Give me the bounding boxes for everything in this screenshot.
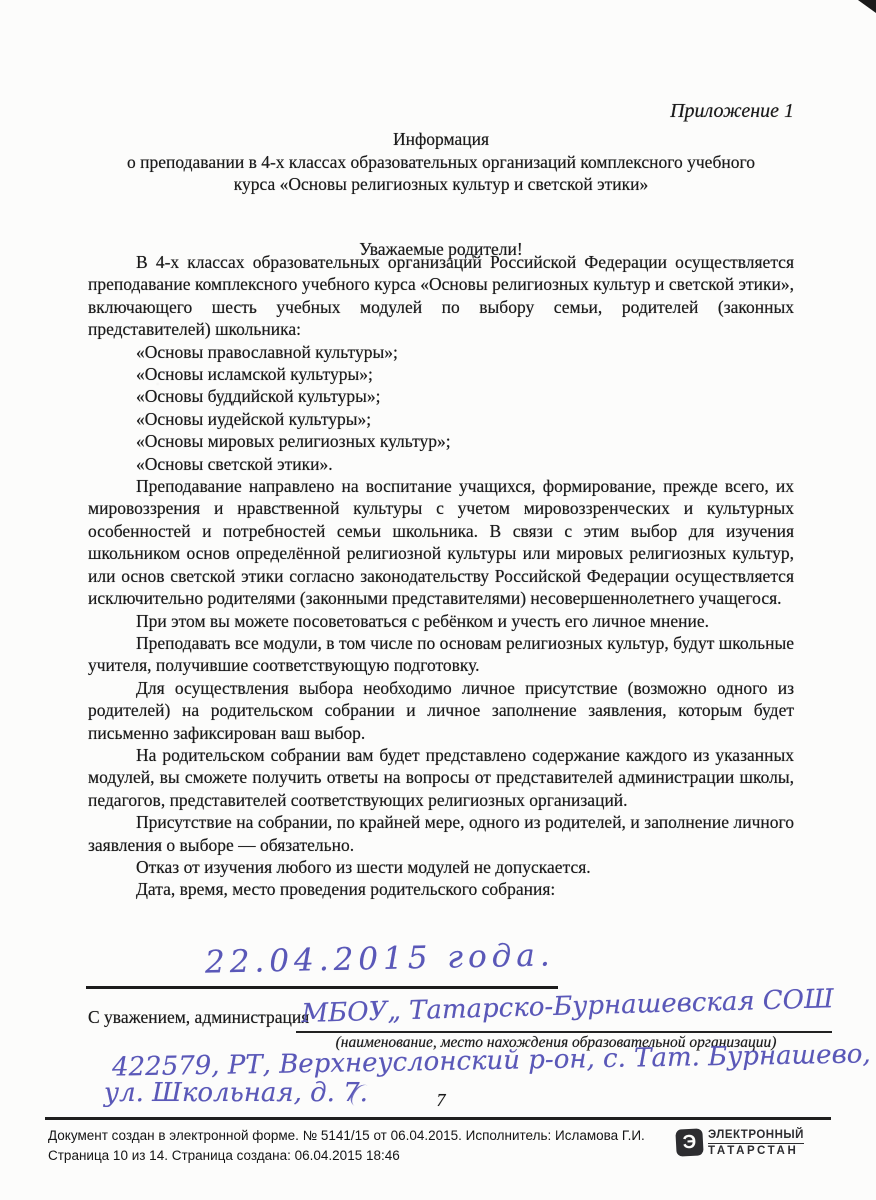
electronic-tatarstan-logo: Э ЭЛЕКТРОННЫЙ ТАТАРСТАН [676, 1129, 804, 1158]
appendix-label: Приложение 1 [88, 99, 794, 123]
title-line: Информация [88, 128, 794, 151]
paragraph-attendance-required: Для осуществления выбора необходимо личн… [88, 677, 794, 744]
document-body: В 4-х классах образовательных организаци… [88, 251, 794, 901]
logo-text-line-2: ТАТАРСТАН [708, 1144, 804, 1158]
paragraph-teachers: Преподавать все модули, в том числе по о… [88, 632, 794, 677]
paragraph-refusal: Отказ от изучения любого из шести модуле… [88, 856, 794, 878]
title-line: о преподавании в 4-х классах образовател… [88, 151, 794, 174]
footer-line-2: Страница 10 из 14. Страница создана: 06.… [48, 1146, 645, 1166]
footer-divider [45, 1117, 831, 1120]
signature-prefix: С уважением, администрация [88, 1007, 309, 1028]
logo-text-line-1: ЭЛЕКТРОННЫЙ [708, 1129, 804, 1144]
title-line: курса «Основы религиозных культур и свет… [88, 173, 794, 196]
document-header: Приложение 1 Информацияо преподавании в … [88, 99, 794, 260]
module-item: «Основы буддийской культуры»; [88, 385, 794, 407]
paragraph-meeting-content: На родительском собрании вам будет предс… [88, 744, 794, 811]
page-number: 7 [88, 1090, 794, 1111]
module-item: «Основы иудейской культуры»; [88, 408, 794, 430]
organization-blank-line [296, 1031, 832, 1033]
footer-line-1: Документ создан в электронной форме. № 5… [48, 1126, 645, 1146]
handwritten-address-line-1: 422579, РТ, Верхнеуслонский р-он, с. Тат… [112, 1039, 871, 1082]
module-item: «Основы мировых религиозных культур»; [88, 430, 794, 452]
module-list: «Основы православной культуры»;«Основы и… [88, 341, 794, 475]
paragraph-presence-mandatory: Присутствие на собрании, по крайней мере… [88, 811, 794, 856]
paragraph-goals: Преподавание направлено на воспитание уч… [88, 475, 794, 609]
electronic-tatarstan-logo-text: ЭЛЕКТРОННЫЙ ТАТАРСТАН [708, 1129, 804, 1158]
footer-metadata: Документ создан в электронной форме. № 5… [48, 1126, 645, 1166]
module-item: «Основы исламской культуры»; [88, 363, 794, 385]
paragraph-date-place: Дата, время, место проведения родительск… [88, 878, 794, 900]
document-title: Информацияо преподавании в 4-х классах о… [88, 128, 794, 196]
scan-corner-artifact [854, 0, 876, 13]
module-item: «Основы православной культуры»; [88, 341, 794, 363]
date-blank-line [86, 986, 558, 989]
scanned-document-page: Приложение 1 Информацияо преподавании в … [0, 0, 876, 1200]
electronic-tatarstan-logo-icon: Э [675, 1128, 703, 1156]
module-item: «Основы светской этики». [88, 453, 794, 475]
paragraph-intro: В 4-х классах образовательных организаци… [88, 251, 794, 341]
handwritten-organization-name: МБОУ„ Татарско-Бурнашевская СОШ [301, 984, 834, 1029]
handwritten-date: 22.04.2015 года. [205, 937, 555, 980]
paragraph-child-opinion: При этом вы можете посоветоваться с ребё… [88, 610, 794, 632]
